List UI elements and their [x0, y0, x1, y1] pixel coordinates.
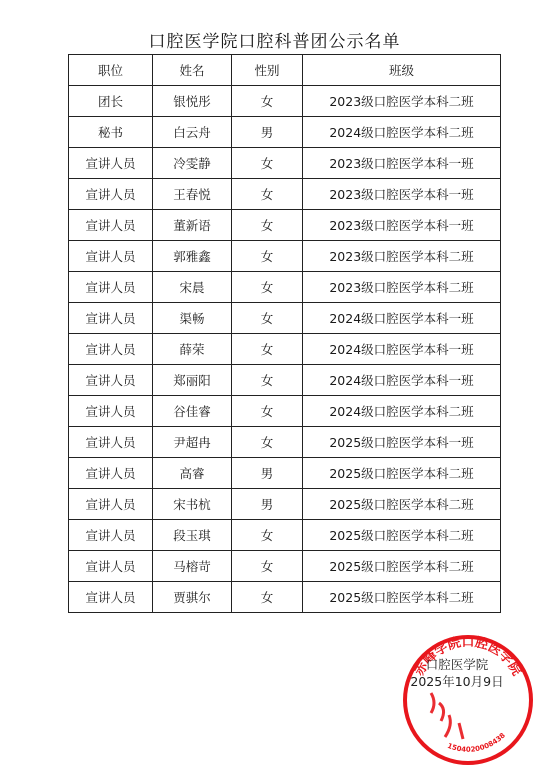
cell-name: 谷佳睿 — [153, 396, 232, 427]
cell-gender: 女 — [232, 303, 303, 334]
table-row: 秘书白云舟男2024级口腔医学本科二班 — [69, 117, 501, 148]
cell-gender: 女 — [232, 86, 303, 117]
table-row: 团长银悦彤女2023级口腔医学本科二班 — [69, 86, 501, 117]
cell-gender: 女 — [232, 210, 303, 241]
cell-class: 2024级口腔医学本科一班 — [303, 365, 501, 396]
cell-position: 宣讲人员 — [69, 365, 153, 396]
table-row: 宣讲人员谷佳睿女2024级口腔医学本科二班 — [69, 396, 501, 427]
cell-position: 团长 — [69, 86, 153, 117]
cell-position: 秘书 — [69, 117, 153, 148]
cell-position: 宣讲人员 — [69, 427, 153, 458]
cell-class: 2025级口腔医学本科一班 — [303, 427, 501, 458]
cell-position: 宣讲人员 — [69, 396, 153, 427]
table-header-row: 职位 姓名 性别 班级 — [69, 55, 501, 86]
cell-gender: 女 — [232, 241, 303, 272]
cell-name: 马榕苛 — [153, 551, 232, 582]
cell-name: 渠畅 — [153, 303, 232, 334]
cell-gender: 女 — [232, 148, 303, 179]
cell-class: 2023级口腔医学本科一班 — [303, 148, 501, 179]
header-position: 职位 — [69, 55, 153, 86]
cell-class: 2025级口腔医学本科二班 — [303, 582, 501, 613]
cell-class: 2025级口腔医学本科二班 — [303, 551, 501, 582]
cell-gender: 女 — [232, 179, 303, 210]
cell-gender: 女 — [232, 582, 303, 613]
cell-position: 宣讲人员 — [69, 148, 153, 179]
cell-name: 贾骐尔 — [153, 582, 232, 613]
cell-gender: 男 — [232, 489, 303, 520]
cell-class: 2023级口腔医学本科二班 — [303, 86, 501, 117]
table-row: 宣讲人员宋晨女2023级口腔医学本科二班 — [69, 272, 501, 303]
cell-gender: 女 — [232, 520, 303, 551]
cell-name: 宋书杭 — [153, 489, 232, 520]
cell-position: 宣讲人员 — [69, 489, 153, 520]
header-gender: 性别 — [232, 55, 303, 86]
cell-gender: 女 — [232, 427, 303, 458]
cell-class: 2023级口腔医学本科二班 — [303, 272, 501, 303]
table-row: 宣讲人员冷雯静女2023级口腔医学本科一班 — [69, 148, 501, 179]
official-seal-icon: 赤峰学院口腔医学院 1504020008438 — [401, 633, 535, 767]
cell-class: 2024级口腔医学本科一班 — [303, 334, 501, 365]
cell-gender: 男 — [232, 117, 303, 148]
cell-position: 宣讲人员 — [69, 272, 153, 303]
cell-position: 宣讲人员 — [69, 210, 153, 241]
cell-gender: 男 — [232, 458, 303, 489]
header-name: 姓名 — [153, 55, 232, 86]
table-row: 宣讲人员尹超冉女2025级口腔医学本科一班 — [69, 427, 501, 458]
cell-gender: 女 — [232, 396, 303, 427]
table-row: 宣讲人员王春悦女2023级口腔医学本科一班 — [69, 179, 501, 210]
cell-position: 宣讲人员 — [69, 241, 153, 272]
cell-gender: 女 — [232, 551, 303, 582]
cell-position: 宣讲人员 — [69, 179, 153, 210]
table-row: 宣讲人员渠畅女2024级口腔医学本科一班 — [69, 303, 501, 334]
cell-name: 董新语 — [153, 210, 232, 241]
cell-gender: 女 — [232, 365, 303, 396]
cell-name: 尹超冉 — [153, 427, 232, 458]
cell-name: 郭雅鑫 — [153, 241, 232, 272]
cell-class: 2025级口腔医学本科二班 — [303, 520, 501, 551]
cell-class: 2023级口腔医学本科二班 — [303, 241, 501, 272]
svg-text:1504020008438: 1504020008438 — [446, 731, 507, 753]
cell-class: 2023级口腔医学本科一班 — [303, 179, 501, 210]
cell-position: 宣讲人员 — [69, 303, 153, 334]
document-title: 口腔医学院口腔科普团公示名单 — [0, 27, 549, 52]
cell-name: 段玉琪 — [153, 520, 232, 551]
cell-position: 宣讲人员 — [69, 582, 153, 613]
table-row: 宣讲人员郭雅鑫女2023级口腔医学本科二班 — [69, 241, 501, 272]
cell-class: 2024级口腔医学本科二班 — [303, 117, 501, 148]
cell-name: 王春悦 — [153, 179, 232, 210]
table-row: 宣讲人员宋书杭男2025级口腔医学本科二班 — [69, 489, 501, 520]
table-row: 宣讲人员贾骐尔女2025级口腔医学本科二班 — [69, 582, 501, 613]
cell-class: 2023级口腔医学本科一班 — [303, 210, 501, 241]
cell-class: 2025级口腔医学本科二班 — [303, 489, 501, 520]
table-row: 宣讲人员高睿男2025级口腔医学本科二班 — [69, 458, 501, 489]
cell-name: 郑丽阳 — [153, 365, 232, 396]
table-row: 宣讲人员薛荣女2024级口腔医学本科一班 — [69, 334, 501, 365]
table-row: 宣讲人员董新语女2023级口腔医学本科一班 — [69, 210, 501, 241]
cell-position: 宣讲人员 — [69, 334, 153, 365]
signature-block: 口腔医学院 2025年10月9日 — [402, 656, 512, 690]
cell-class: 2024级口腔医学本科一班 — [303, 303, 501, 334]
cell-name: 薛荣 — [153, 334, 232, 365]
cell-name: 冷雯静 — [153, 148, 232, 179]
header-class: 班级 — [303, 55, 501, 86]
cell-class: 2024级口腔医学本科二班 — [303, 396, 501, 427]
cell-class: 2025级口腔医学本科二班 — [303, 458, 501, 489]
cell-position: 宣讲人员 — [69, 520, 153, 551]
cell-name: 银悦彤 — [153, 86, 232, 117]
roster-table: 职位 姓名 性别 班级 团长银悦彤女2023级口腔医学本科二班秘书白云舟男202… — [68, 54, 501, 613]
stamp-code: 1504020008438 — [446, 731, 507, 753]
cell-gender: 女 — [232, 272, 303, 303]
cell-name: 高睿 — [153, 458, 232, 489]
table-row: 宣讲人员段玉琪女2025级口腔医学本科二班 — [69, 520, 501, 551]
signature-org: 口腔医学院 — [402, 656, 512, 673]
cell-name: 白云舟 — [153, 117, 232, 148]
table-row: 宣讲人员郑丽阳女2024级口腔医学本科一班 — [69, 365, 501, 396]
table-row: 宣讲人员马榕苛女2025级口腔医学本科二班 — [69, 551, 501, 582]
cell-position: 宣讲人员 — [69, 551, 153, 582]
signature-date: 2025年10月9日 — [402, 673, 512, 690]
cell-position: 宣讲人员 — [69, 458, 153, 489]
cell-name: 宋晨 — [153, 272, 232, 303]
cell-gender: 女 — [232, 334, 303, 365]
